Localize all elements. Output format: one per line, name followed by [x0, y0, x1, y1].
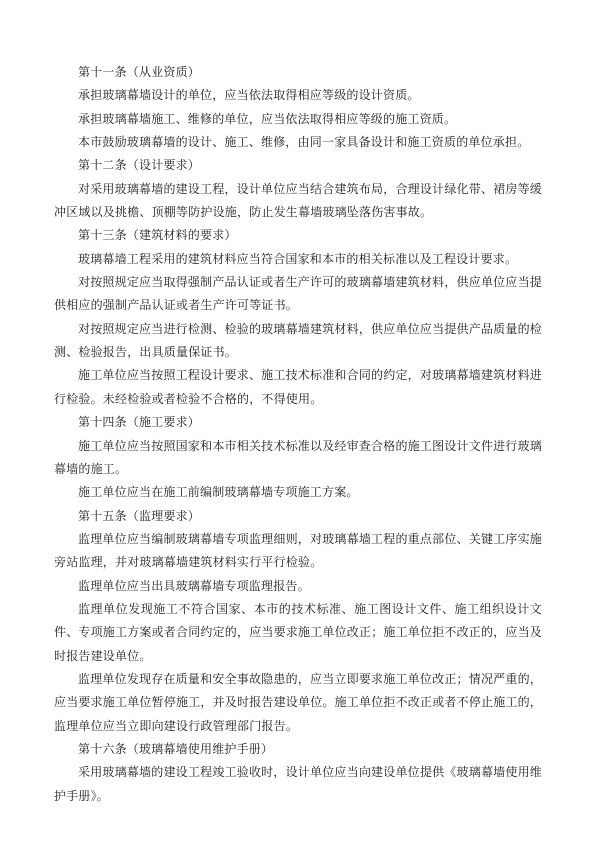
article-14-para-2: 施工单位应当在施工前编制玻璃幕墙专项施工方案。	[54, 481, 542, 504]
article-14-heading: 第十四条（施工要求）	[54, 411, 542, 434]
document-page: 第十一条（从业资质） 承担玻璃幕墙设计的单位，应当依法取得相应等级的设计资质。 …	[0, 0, 595, 841]
article-15-heading: 第十五条（监理要求）	[54, 505, 542, 528]
article-16-heading: 第十六条（玻璃幕墙使用维护手册）	[54, 738, 542, 761]
article-13-heading: 第十三条（建筑材料的要求）	[54, 224, 542, 247]
article-11-heading: 第十一条（从业资质）	[54, 61, 542, 84]
article-11-para-2: 承担玻璃幕墙施工、维修的单位，应当依法取得相应等级的施工资质。	[54, 108, 542, 131]
article-12-heading: 第十二条（设计要求）	[54, 154, 542, 177]
article-15-para-2: 监理单位应当出具玻璃幕墙专项监理报告。	[54, 575, 542, 598]
article-13-para-4: 施工单位应当按照工程设计要求、施工技术标准和合同的约定，对玻璃幕墙建筑材料进行检…	[54, 364, 542, 411]
article-13-para-1: 玻璃幕墙工程采用的建筑材料应当符合国家和本市的相关标准以及工程设计要求。	[54, 248, 542, 271]
article-15-para-1: 监理单位应当编制玻璃幕墙专项监理细则，对玻璃幕墙工程的重点部位、关键工序实施旁站…	[54, 528, 542, 575]
article-11-para-3: 本市鼓励玻璃幕墙的设计、施工、维修，由同一家具备设计和施工资质的单位承担。	[54, 131, 542, 154]
article-16-para-1: 采用玻璃幕墙的建设工程竣工验收时，设计单位应当向建设单位提供《玻璃幕墙使用维护手…	[54, 761, 542, 808]
article-12-para-1: 对采用玻璃幕墙的建设工程，设计单位应当结合建筑布局，合理设计绿化带、裙房等缓冲区…	[54, 178, 542, 225]
article-13-para-3: 对按照规定应当进行检测、检验的玻璃幕墙建筑材料，供应单位应当提供产品质量的检测、…	[54, 318, 542, 365]
article-11-para-1: 承担玻璃幕墙设计的单位，应当依法取得相应等级的设计资质。	[54, 84, 542, 107]
article-13-para-2: 对按照规定应当取得强制产品认证或者生产许可的玻璃幕墙建筑材料，供应单位应当提供相…	[54, 271, 542, 318]
article-15-para-3: 监理单位发现施工不符合国家、本市的技术标准、施工图设计文件、施工组织设计文件、专…	[54, 598, 542, 668]
article-14-para-1: 施工单位应当按照国家和本市相关技术标准以及经审查合格的施工图设计文件进行玻璃幕墙…	[54, 435, 542, 482]
article-15-para-4: 监理单位发现存在质量和安全事故隐患的，应当立即要求施工单位改正；情况严重的，应当…	[54, 668, 542, 738]
